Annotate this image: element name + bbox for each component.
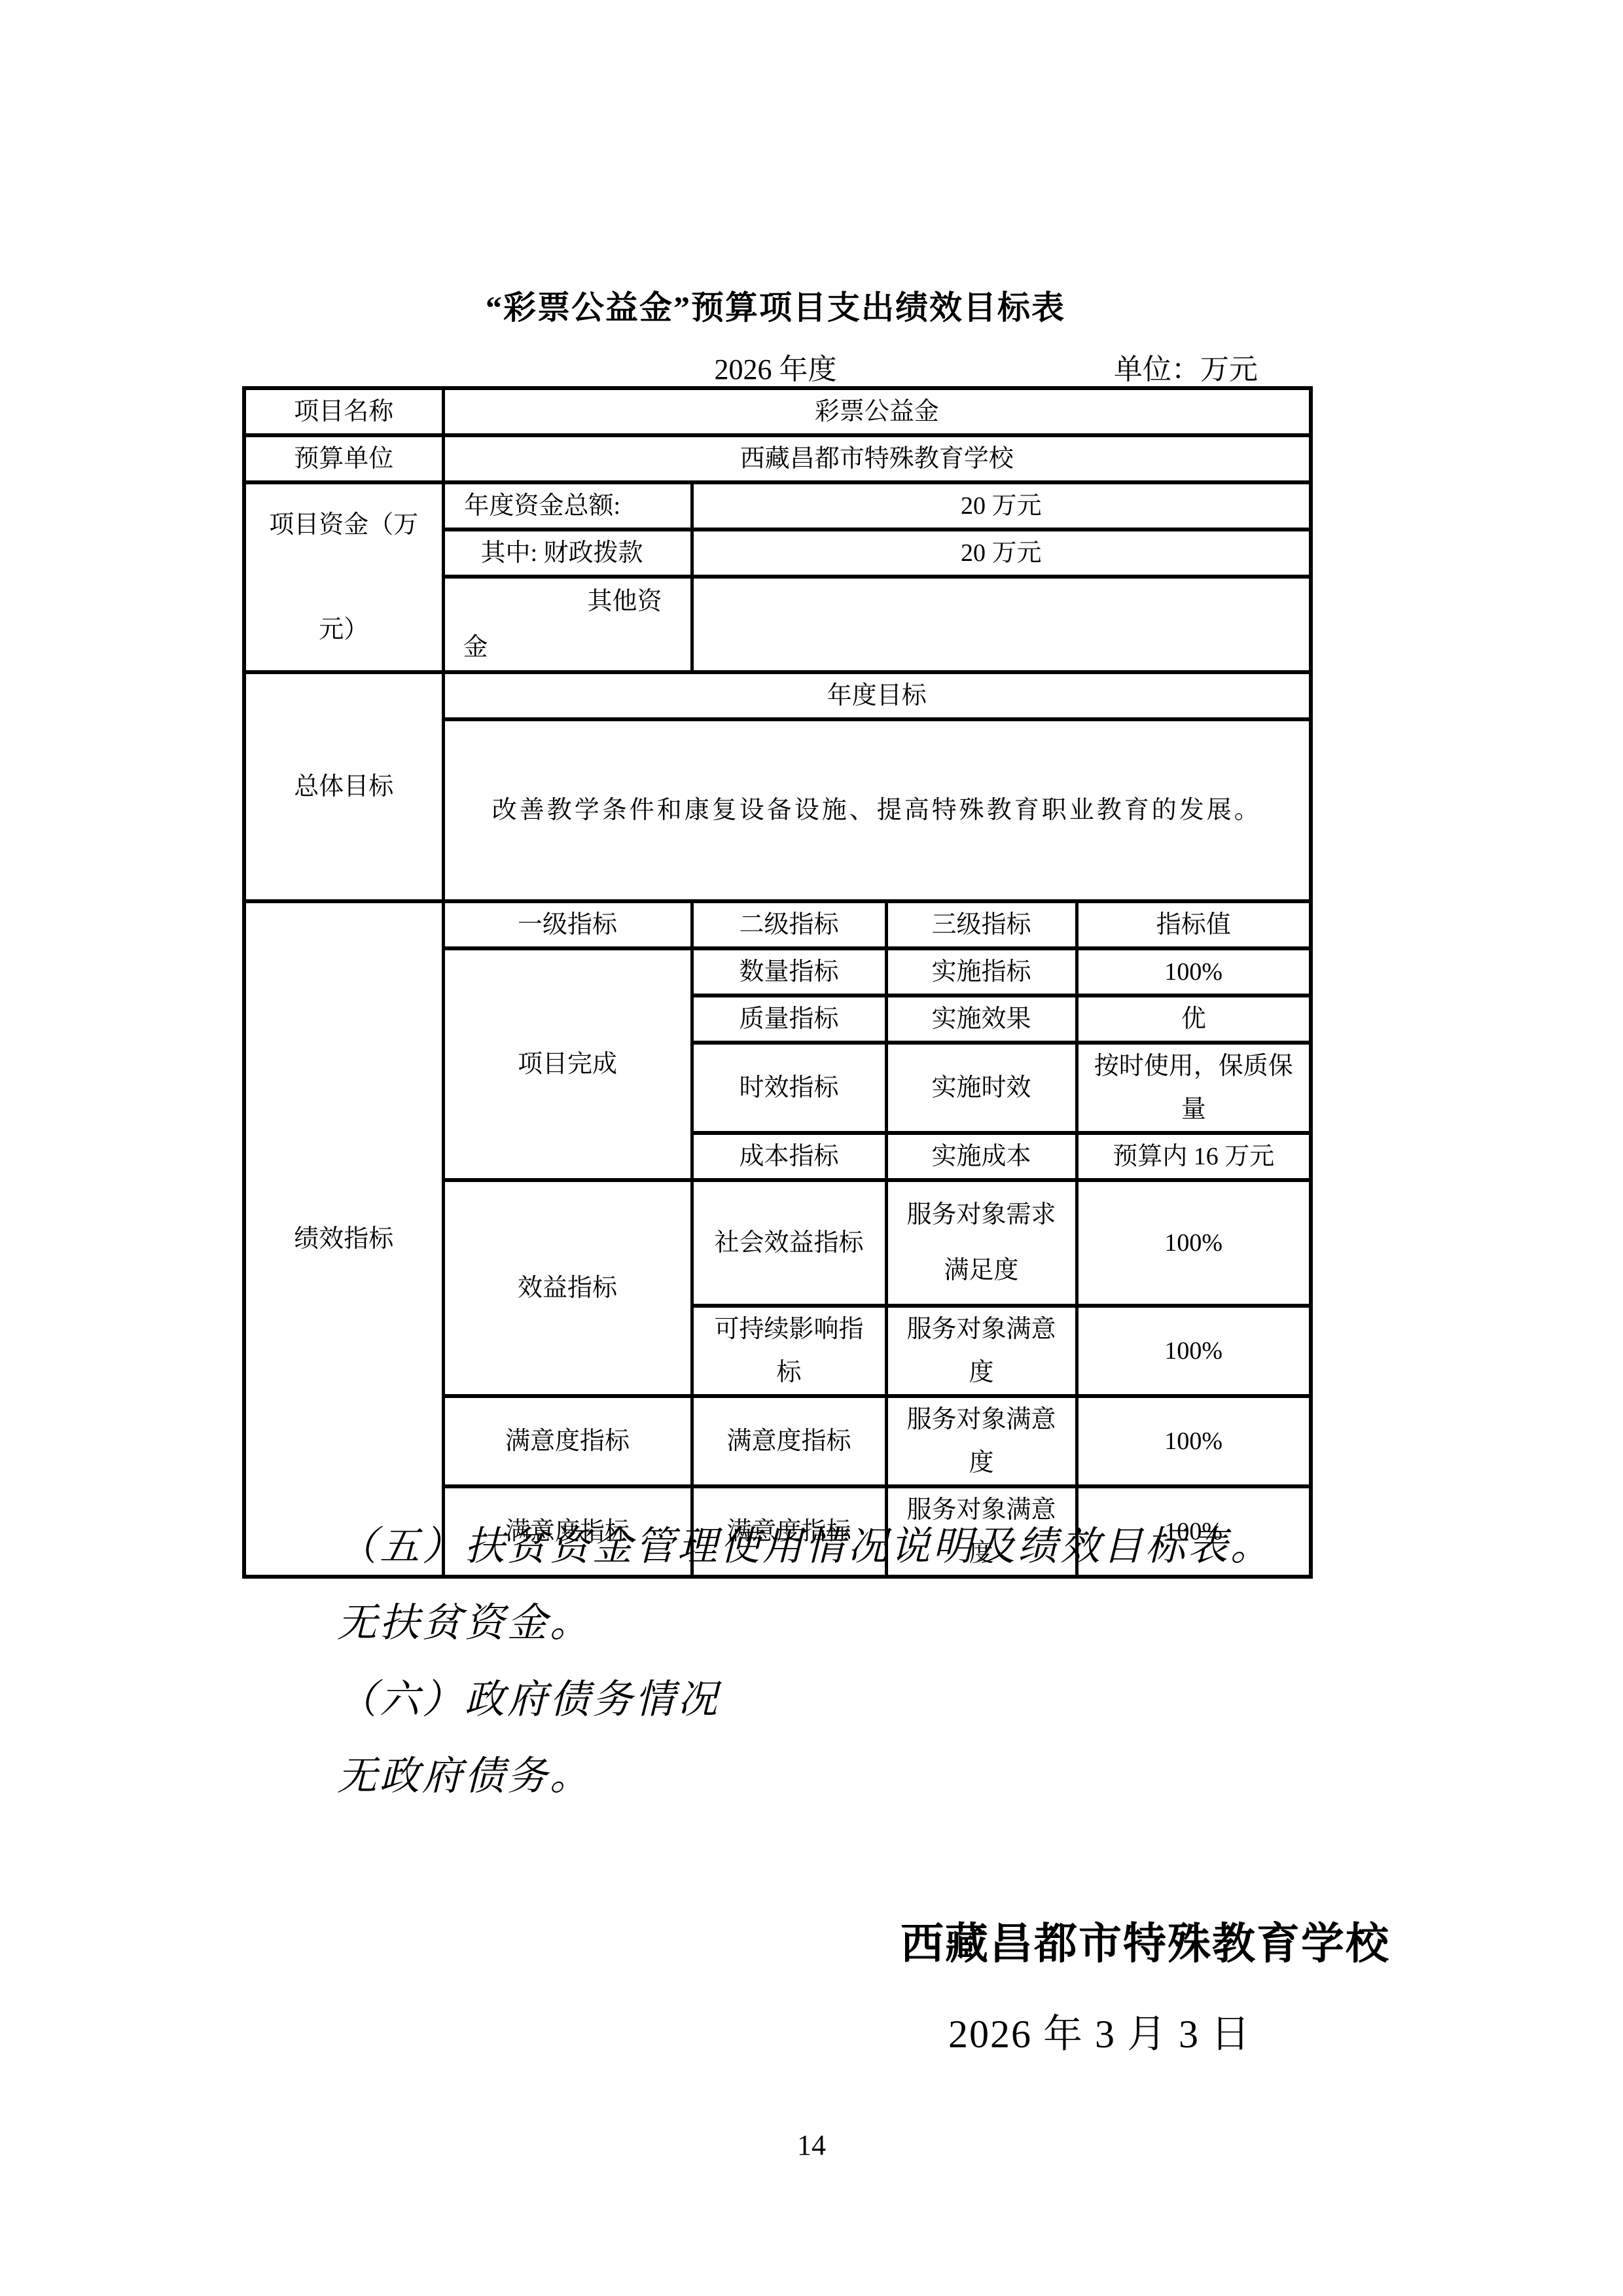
indicator-value: 优	[1077, 996, 1311, 1043]
document-page: “彩票公益金”预算项目支出绩效目标表 2026 年度 单位：万元 项目名称 彩票…	[0, 0, 1623, 2296]
level1-satisfaction: 满意度指标	[443, 1396, 692, 1486]
indicator-value: 100%	[1077, 948, 1311, 996]
funds-fiscal-value: 20 万元	[692, 529, 1311, 577]
indicator-value: 100%	[1077, 1396, 1311, 1486]
annual-goal-header: 年度目标	[443, 672, 1311, 719]
indicator-level2: 数量指标	[692, 948, 886, 996]
indicator-value: 100%	[1077, 1306, 1311, 1396]
col-header-level2: 二级指标	[692, 901, 886, 948]
indicator-level3: 实施成本	[886, 1133, 1077, 1180]
indicator-level2: 可持续影响指标	[692, 1306, 886, 1396]
funds-other-value	[692, 577, 1311, 672]
project-name-label: 项目名称	[244, 388, 443, 435]
indicator-level2: 时效指标	[692, 1043, 886, 1133]
overall-goal-group-label: 总体目标	[244, 672, 443, 901]
indicator-level3: 服务对象满意度	[886, 1396, 1077, 1486]
paragraph-section-6: （六）政府债务情况	[337, 1662, 1358, 1738]
funds-fiscal-label: 其中: 财政拨款	[443, 529, 692, 577]
body-paragraphs: （五）扶贫资金管理使用情况说明及绩效目标表。 无扶贫资金。 （六）政府债务情况 …	[337, 1509, 1358, 1815]
project-name-value: 彩票公益金	[443, 388, 1311, 435]
paragraph-no-poverty-funds: 无扶贫资金。	[337, 1585, 1358, 1662]
performance-target-table-wrapper: 项目名称 彩票公益金 预算单位 西藏昌都市特殊教育学校 项目资金（万元） 年度资…	[242, 386, 1313, 1579]
indicator-value: 预算内 16 万元	[1077, 1133, 1311, 1180]
paragraph-no-gov-debt: 无政府债务。	[337, 1738, 1358, 1815]
indicator-level2: 满意度指标	[692, 1396, 886, 1486]
col-header-level3: 三级指标	[886, 901, 1077, 948]
signature-date: 2026 年 3 月 3 日	[948, 2003, 1251, 2059]
indicators-group-label: 绩效指标	[244, 901, 443, 1577]
indicator-level3: 实施指标	[886, 948, 1077, 996]
signature-organization: 西藏昌都市特殊教育学校	[901, 1909, 1390, 1971]
funds-other-label: 其他资金	[443, 577, 692, 672]
funds-group-label: 项目资金（万元）	[244, 482, 443, 672]
level1-project-completion: 项目完成	[443, 948, 692, 1180]
col-header-level1: 一级指标	[443, 901, 692, 948]
indicator-value: 100%	[1077, 1180, 1311, 1306]
funds-total-label: 年度资金总额:	[443, 482, 692, 529]
indicator-level3: 服务对象满意度	[886, 1306, 1077, 1396]
col-header-value: 指标值	[1077, 901, 1311, 948]
indicator-level3: 服务对象需求满足度	[886, 1180, 1077, 1306]
indicator-level2: 成本指标	[692, 1133, 886, 1180]
level1-benefit: 效益指标	[443, 1180, 692, 1396]
indicator-level2: 质量指标	[692, 996, 886, 1043]
budget-unit-value: 西藏昌都市特殊教育学校	[443, 435, 1311, 482]
funds-total-value: 20 万元	[692, 482, 1311, 529]
indicator-value: 按时使用，保质保量	[1077, 1043, 1311, 1133]
indicator-level3: 实施效果	[886, 996, 1077, 1043]
annual-goal-content: 改善教学条件和康复设备设施、提高特殊教育职业教育的发展。	[443, 719, 1311, 901]
paragraph-section-5: （五）扶贫资金管理使用情况说明及绩效目标表。	[337, 1509, 1358, 1585]
indicator-level2: 社会效益指标	[692, 1180, 886, 1306]
subtitle-row: 2026 年度 单位：万元	[242, 346, 1309, 385]
indicator-level3: 实施时效	[886, 1043, 1077, 1133]
page-number: 14	[0, 2128, 1623, 2162]
budget-unit-label: 预算单位	[244, 435, 443, 482]
page-title: “彩票公益金”预算项目支出绩效目标表	[242, 281, 1309, 329]
performance-target-table: 项目名称 彩票公益金 预算单位 西藏昌都市特殊教育学校 项目资金（万元） 年度资…	[242, 386, 1313, 1579]
unit-label: 单位：万元	[1114, 346, 1258, 387]
